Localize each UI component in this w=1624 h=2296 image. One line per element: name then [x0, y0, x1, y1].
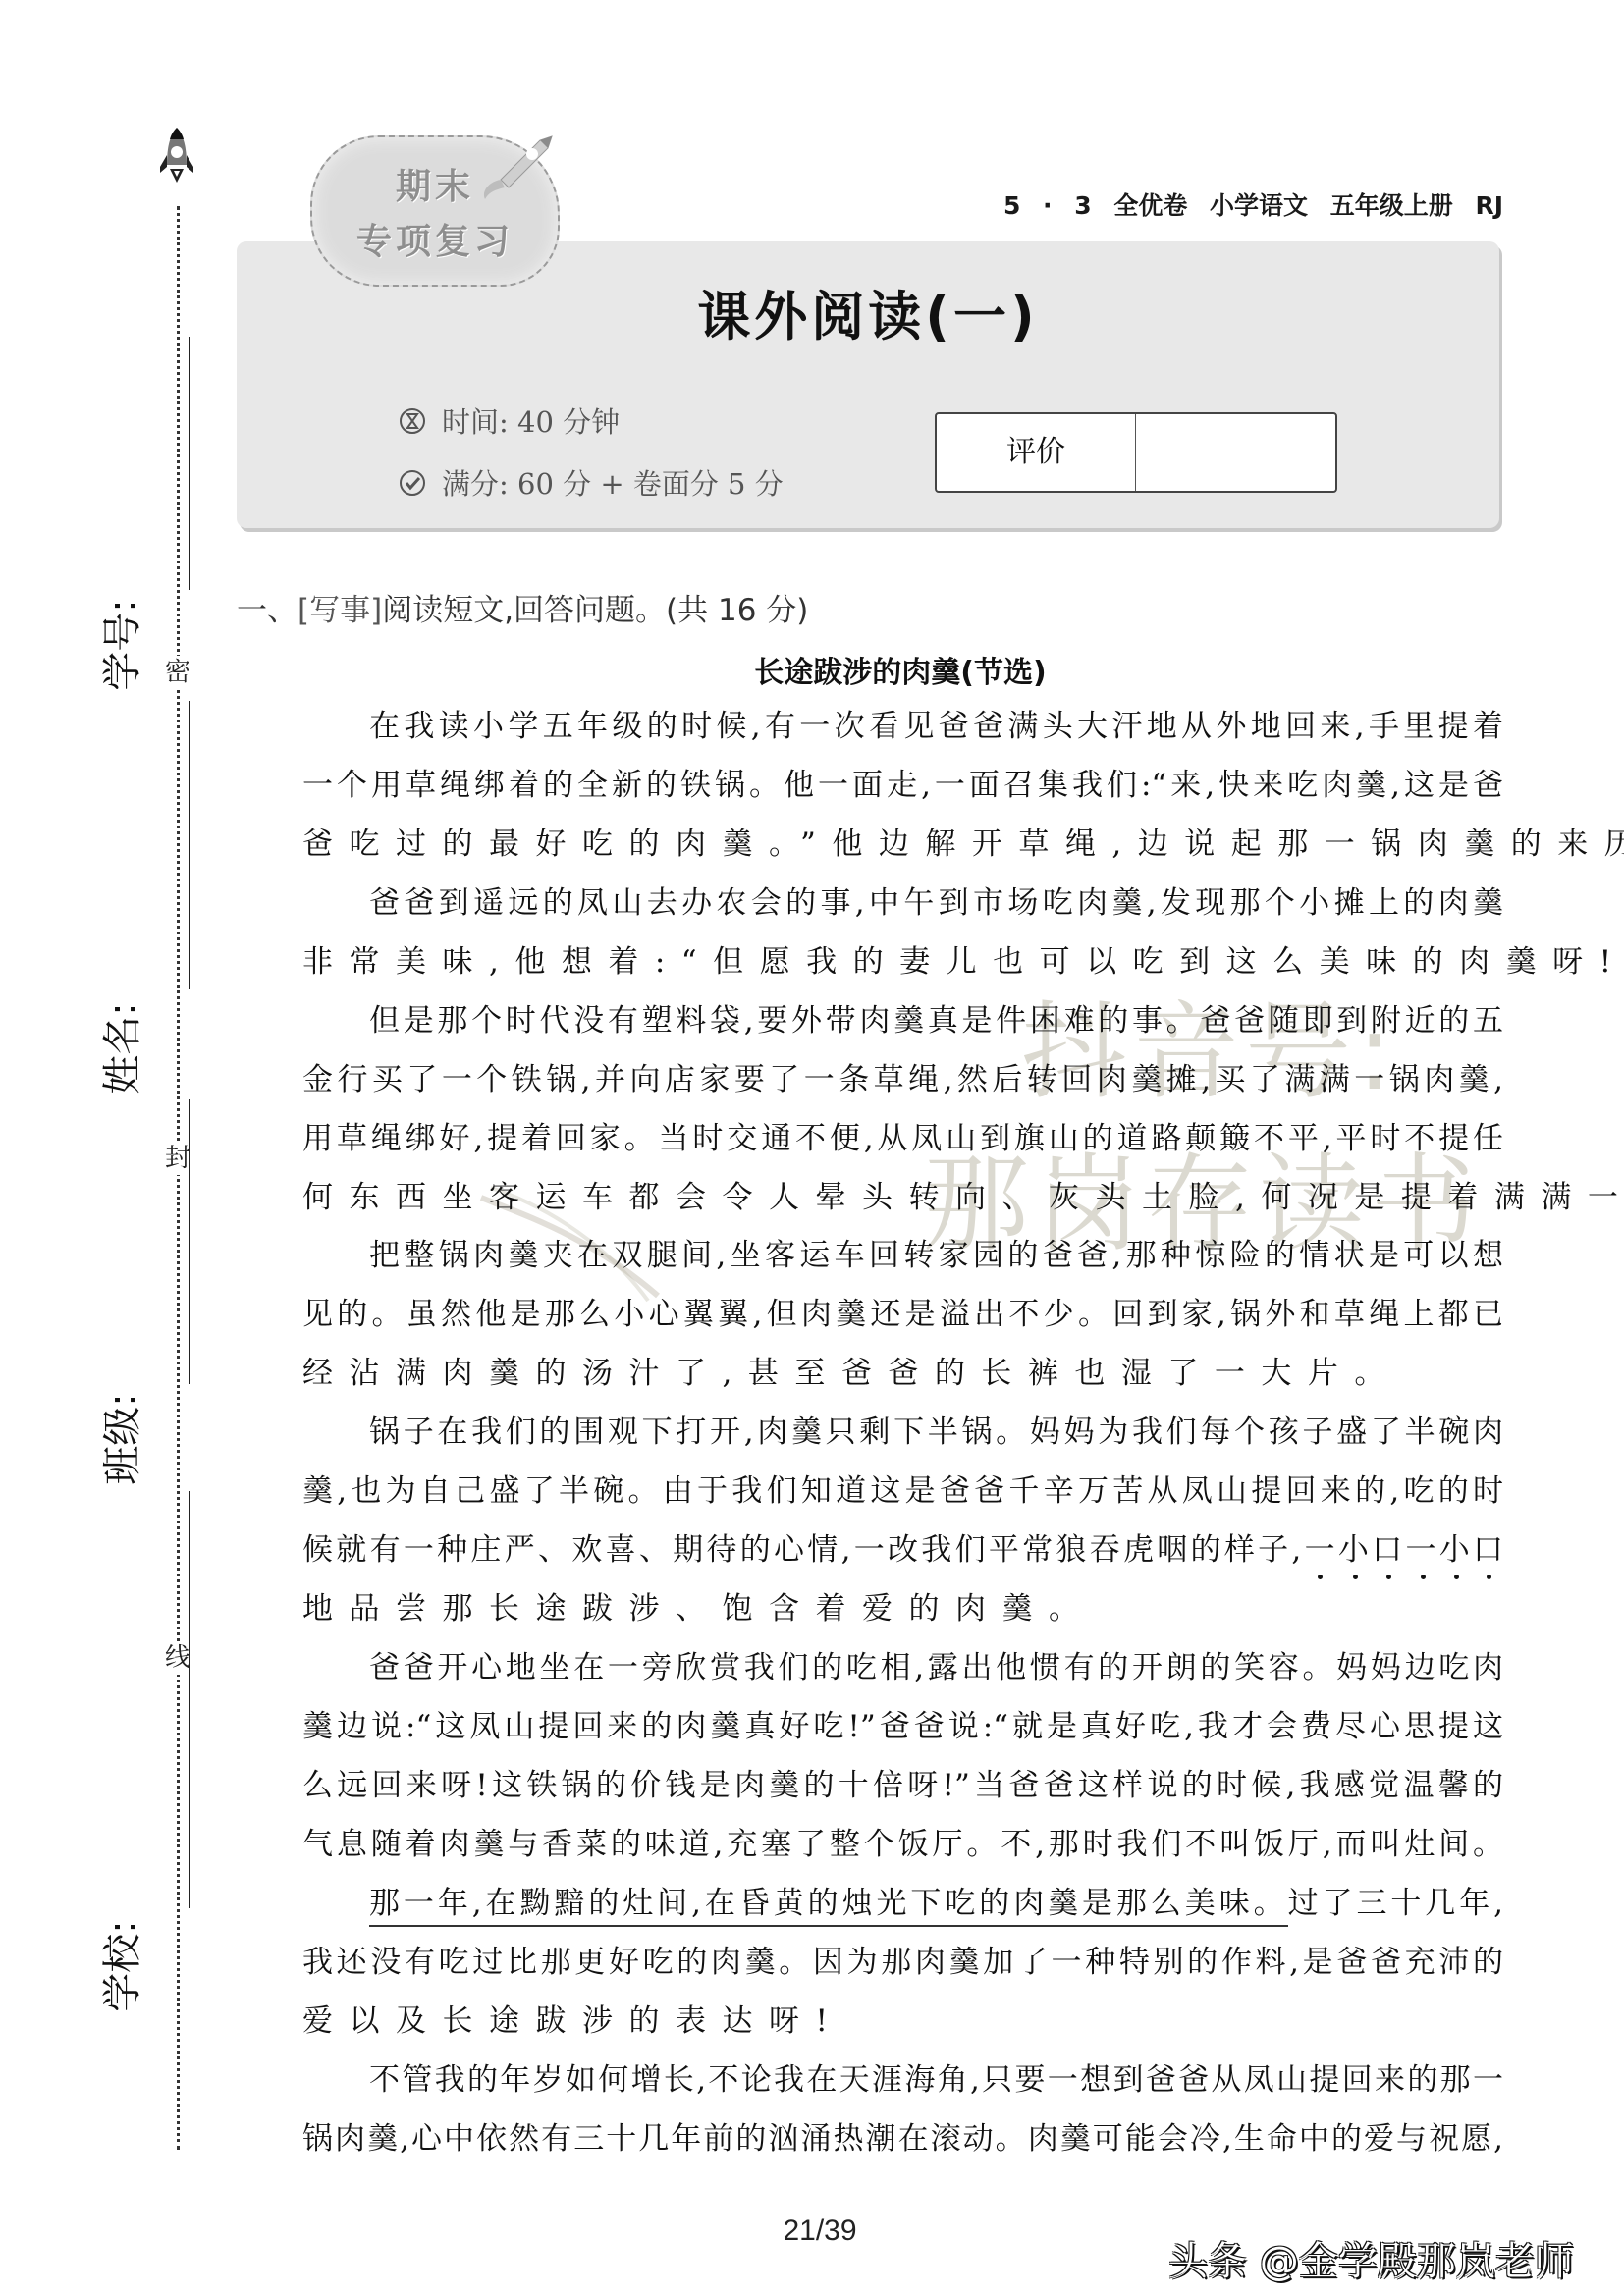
passage-line: 不管我的年岁如何增长,不论我在天涯海角,只要一想到爸爸从凤山提回来的那一: [369, 2058, 1503, 2102]
school-label: 学校:: [98, 1912, 147, 2020]
full-score: 满分: 60 分 + 卷面分 5 分: [399, 462, 784, 503]
passage-line: 非常美味,他想着:“但愿我的妻儿也可以吃到这么美味的肉羹呀!”: [302, 940, 1503, 984]
underlined-sentence: 那一年,在黝黯的灶间,在昏黄的烛光下吃的肉羹是那么美味。: [369, 1886, 1288, 1927]
section-instruction: 阅读短文,回答问题。(共 16 分): [382, 593, 808, 628]
name-label: 姓名:: [98, 994, 147, 1102]
passage-line: 地品尝那长途跋涉、饱含着爱的肉羹。: [302, 1587, 1503, 1630]
student-id-label: 学号:: [98, 591, 147, 699]
page-title: 课外阅读(一): [237, 275, 1499, 350]
emphasis-char: 一: [1405, 1532, 1438, 1568]
passage-line: 见的。虽然他是那么小心翼翼,但肉羹还是溢出不少。回到家,锅外和草绳上都已: [302, 1293, 1503, 1336]
name-line[interactable]: [189, 701, 190, 989]
emphasis-char: 口: [1473, 1532, 1503, 1568]
passage-line: 我还没有吃过比那更好吃的肉羹。因为那肉羹加了一种特别的作料,是爸爸充沛的: [302, 1941, 1503, 1984]
page-number: 21/39: [766, 2215, 874, 2248]
section-heading: 一、[写事]阅读短文,回答问题。(共 16 分): [237, 585, 808, 629]
emphasis-char: 小: [1439, 1532, 1473, 1568]
evaluation-box: 评价: [935, 412, 1337, 493]
passage-line: 爸爸到遥远的凤山去办农会的事,中午到市场吃肉羹,发现那个小摊上的肉羹: [369, 881, 1503, 925]
line-text: 过了三十几年,: [1288, 1886, 1503, 1921]
passage-title: 长途跋涉的肉羹(节选): [237, 648, 1564, 691]
passage-line: 但是那个时代没有塑料袋,要外带肉羹真是件困难的事。爸爸随即到附近的五: [369, 999, 1503, 1042]
emphasis-char: 口: [1372, 1532, 1405, 1568]
school-line[interactable]: [189, 1491, 190, 1908]
hourglass-icon: [399, 407, 426, 435]
badge-rocket-icon: [471, 133, 560, 201]
passage-line: 爸爸开心地坐在一旁欣赏我们的吃相,露出他惯有的开朗的笑容。妈妈边吃肉: [369, 1646, 1503, 1689]
badge-line-2: 专项复习: [312, 214, 558, 264]
emphasis-char: 小: [1338, 1532, 1372, 1568]
seal-mark-mi: 密: [163, 656, 192, 689]
passage-line: 羹边说:“这凤山提回来的肉羹真好吃!”爸爸说:“就是真好吃,我才会费尽心思提这: [302, 1705, 1503, 1748]
evaluation-field[interactable]: [1136, 414, 1335, 491]
passage-line: 何东西坐客运车都会令人晕头转向、灰头土脸,何况是提着满满一锅肉羹呢?: [302, 1176, 1503, 1219]
passage-line: 用草绳绑好,提着回家。当时交通不便,从凤山到旗山的道路颠簸不平,平时不提任: [302, 1117, 1503, 1160]
passage-line: 经沾满肉羹的汤汁了,甚至爸爸的长裤也湿了一大片。: [302, 1352, 1503, 1395]
check-circle-icon: [399, 469, 426, 497]
class-label: 班级:: [98, 1385, 147, 1493]
passage-line: 把整锅肉羹夹在双腿间,坐客运车回转家园的爸爸,那种惊险的情状是可以想: [369, 1234, 1503, 1277]
passage-line: 在我读小学五年级的时候,有一次看见爸爸满头大汗地从外地回来,手里提着: [369, 705, 1503, 748]
line-text: 候就有一种庄严、欢喜、期待的心情,一改我们平常狼吞虎咽的样子,: [302, 1532, 1301, 1568]
section-tag: [写事]: [298, 593, 382, 628]
passage-line: 候就有一种庄严、欢喜、期待的心情,一改我们平常狼吞虎咽的样子,一小口一小口: [302, 1528, 1503, 1572]
emphasized-phrase: 一小口一小口: [1301, 1532, 1503, 1568]
passage-line: 气息随着肉羹与香菜的味道,充塞了整个饭厅。不,那时我们不叫饭厅,而叫灶间。: [302, 1823, 1503, 1866]
passage-line: 锅肉羹,心中依然有三十几年前的汹涌热潮在滚动。肉羹可能会冷,生命中的爱与祝愿,: [302, 2117, 1503, 2161]
passage-line: 一个用草绳绑着的全新的铁锅。他一面走,一面召集我们:“来,快来吃肉羹,这是爸: [302, 764, 1503, 807]
time-limit: 时间: 40 分钟: [399, 400, 620, 441]
rocket-icon: [157, 126, 196, 204]
passage-line: 羹,也为自己盛了半碗。由于我们知道这是爸爸千辛万苦从凤山提回来的,吃的时: [302, 1469, 1503, 1513]
student-id-line[interactable]: [189, 337, 190, 590]
section-number: 一、: [237, 593, 298, 628]
passage-line: 爸吃过的最好吃的肉羹。”他边解开草绳,边说起那一锅肉羹的来历。: [302, 823, 1503, 866]
evaluation-label: 评价: [937, 414, 1136, 491]
class-line[interactable]: [189, 1099, 190, 1384]
passage-line: 么远回来呀!这铁锅的价钱是肉羹的十倍呀!”当爸爸这样说的时候,我感觉温馨的: [302, 1764, 1503, 1807]
time-limit-text: 时间: 40 分钟: [442, 400, 620, 441]
passage-line: 锅子在我们的围观下打开,肉羹只剩下半锅。妈妈为我们每个孩子盛了半碗肉: [369, 1411, 1503, 1454]
passage-line: 金行买了一个铁锅,并向店家要了一条草绳,然后转回肉羹摊,买了满满一锅肉羹,: [302, 1058, 1503, 1101]
passage-line: 那一年,在黝黯的灶间,在昏黄的烛光下吃的肉羹是那么美味。过了三十几年,: [369, 1882, 1503, 1925]
emphasis-char: 一: [1301, 1532, 1338, 1568]
toutiao-watermark: 头条 @金学殿那岚老师: [1168, 2230, 1574, 2286]
binding-dashed-line: [177, 206, 180, 2150]
full-score-text: 满分: 60 分 + 卷面分 5 分: [442, 462, 784, 503]
passage-line: 爱以及长途跋涉的表达呀!: [302, 2000, 1503, 2043]
series-info: 5 · 3 全优卷 小学语文 五年级上册 RJ: [980, 185, 1503, 230]
